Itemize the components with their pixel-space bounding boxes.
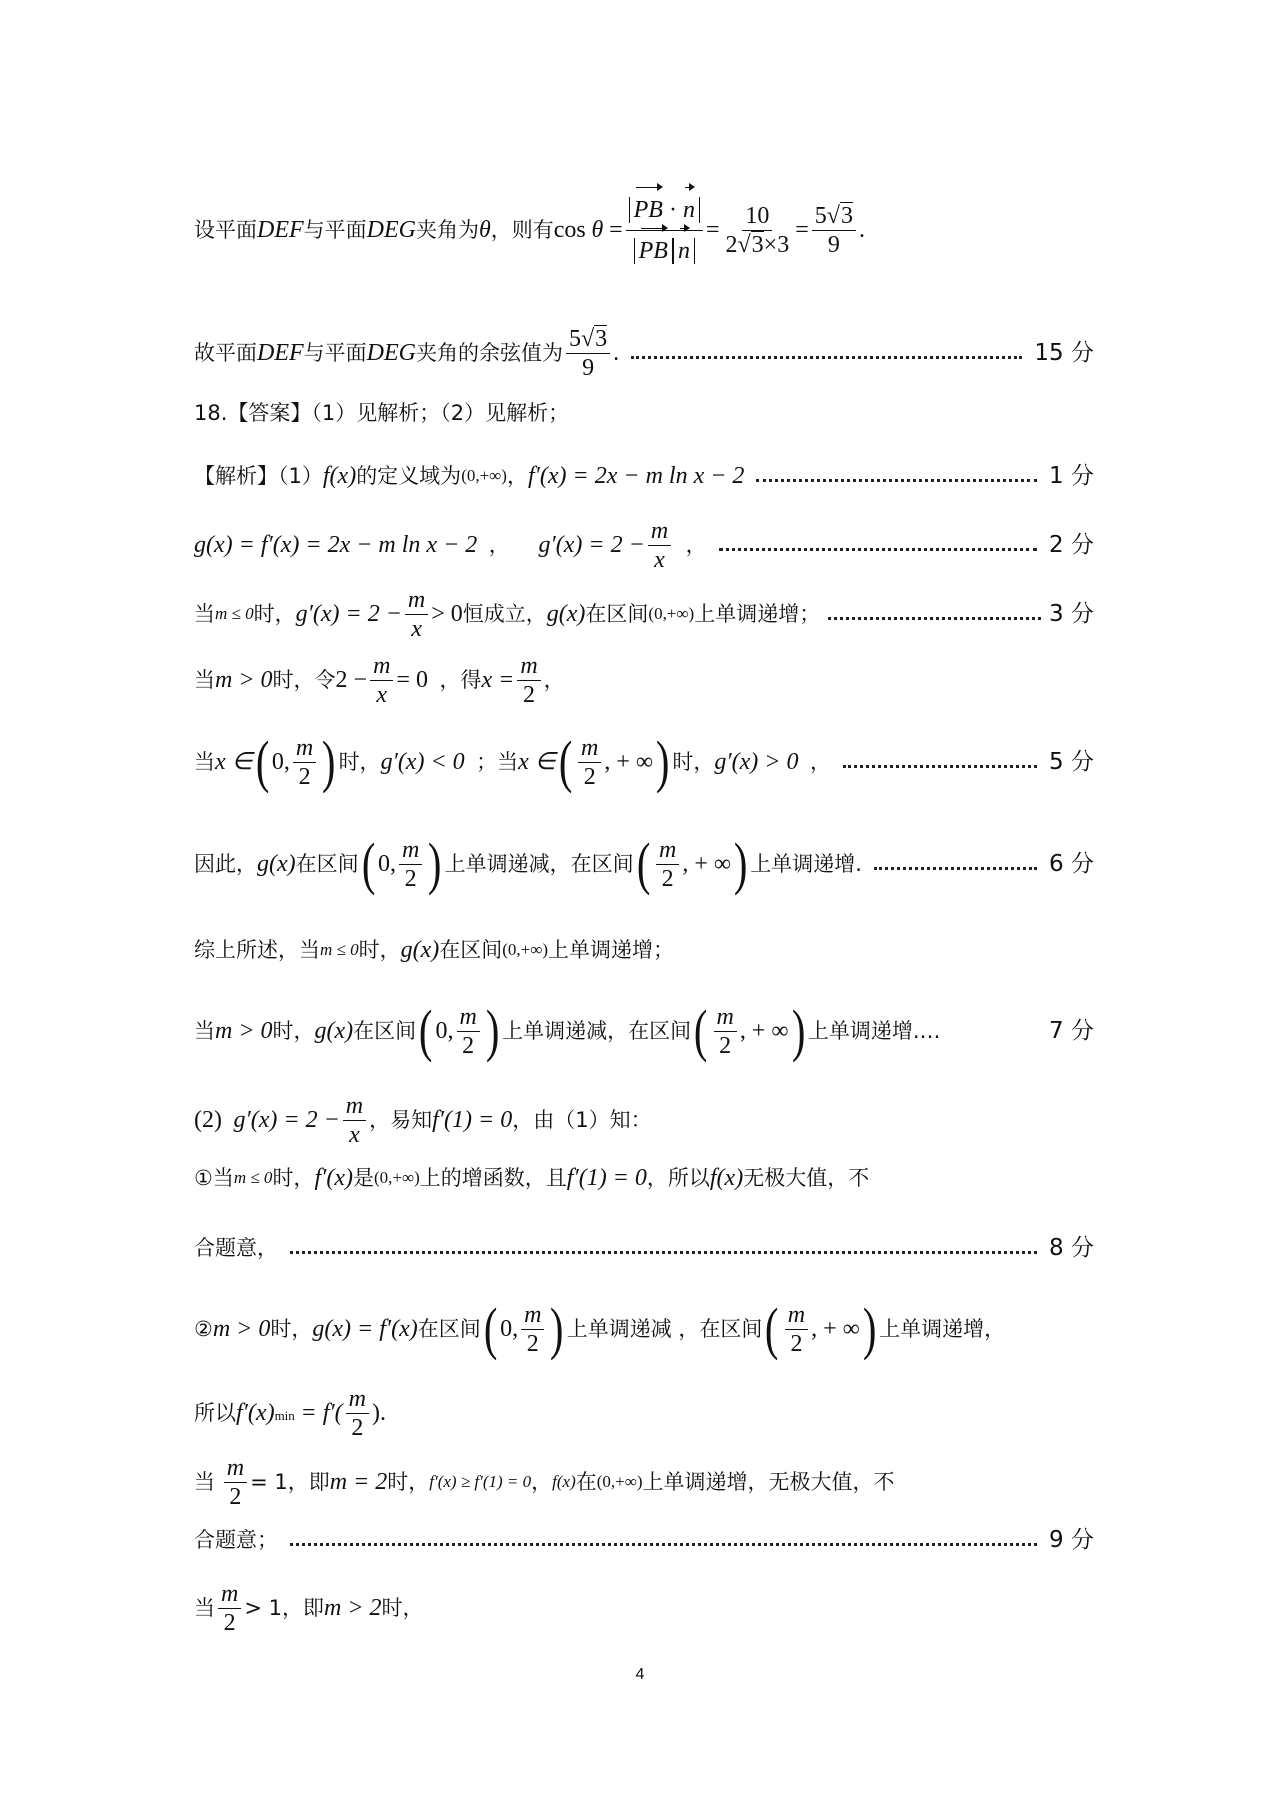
denominator: 2	[348, 1414, 366, 1442]
text: 时，	[382, 1593, 424, 1623]
text: ，	[531, 1467, 552, 1497]
fraction-m-2: m2	[521, 1301, 544, 1358]
numerator: m	[399, 836, 422, 865]
num: 5	[569, 326, 581, 352]
denominator: 2	[659, 865, 677, 893]
text: 时，	[339, 747, 381, 777]
math: f′(x) = 2x − m ln x − 2	[528, 461, 744, 491]
text: 合题意；	[194, 1525, 278, 1555]
line-case1: ①当 m ≤ 0 时， f′(x) 是 (0,+∞) 上的增函数，且 f′(1)…	[194, 1163, 1094, 1193]
numerator: 5√3	[812, 202, 856, 231]
equals: =	[609, 215, 623, 245]
math: m ≤ 0	[215, 599, 254, 629]
text: ，由（1）知：	[512, 1105, 651, 1135]
math: m ≤ 0	[234, 1163, 273, 1193]
text: 时，	[359, 935, 401, 965]
math: g(x)	[401, 935, 440, 965]
text: 上单调递增；	[694, 599, 820, 629]
score-3: 3 分	[1049, 599, 1094, 629]
text: 综上所述，当	[194, 935, 320, 965]
line-therefore-monotonic: 因此， g(x) 在区间 (0,m2) 上单调递减，在区间 (m2, + ∞) …	[194, 829, 1094, 899]
theta: θ	[592, 215, 604, 245]
cos: cos	[554, 215, 586, 245]
math: = f′(	[301, 1398, 343, 1428]
numerator: m	[785, 1301, 808, 1330]
math: g(x) = f′(x)	[312, 1314, 417, 1344]
math: f′(x) ≥ f′(1) = 0	[429, 1467, 531, 1497]
line-sign-of-gprime: 当 x ∈ (0,m2) 时， g′(x) < 0 ；当 x ∈ (m2, + …	[194, 727, 1094, 797]
line-case-m-le-0: 当 m ≤ 0 时， g′(x) = 2 − mx > 0 恒成立， g(x) …	[194, 584, 1094, 644]
numerator: m	[346, 1385, 369, 1414]
part-label: (2)	[194, 1105, 222, 1135]
math: f′(x)	[314, 1163, 353, 1193]
math: (0,+∞)	[648, 599, 694, 629]
leader-dots	[719, 548, 1037, 551]
fraction-result: 5√3 9	[812, 202, 856, 259]
math: f(x)	[323, 461, 356, 491]
math: 0,	[272, 747, 290, 777]
math: g(x)	[315, 1016, 354, 1046]
math: g(x)	[547, 599, 586, 629]
answer-heading: 18.【答案】（1）见解析；（2）见解析；	[194, 398, 569, 428]
text: 所以	[194, 1398, 236, 1428]
numerator: 5√3	[566, 325, 610, 354]
math: x =	[481, 665, 514, 695]
numerator: m	[656, 836, 679, 865]
text: 合题意，	[194, 1233, 278, 1263]
math: 0,	[378, 849, 396, 879]
math: (0,+∞)	[597, 1467, 643, 1497]
vec-pb: PB	[639, 231, 668, 271]
fraction-m-x: mx	[370, 652, 393, 709]
text: ，	[686, 530, 707, 560]
text: ②	[194, 1314, 213, 1344]
math: , + ∞	[740, 1016, 789, 1046]
denominator: 2	[226, 1483, 244, 1511]
math: m > 2	[324, 1593, 382, 1623]
fraction-m-2: m2	[457, 1003, 480, 1060]
dot: ·	[669, 197, 677, 223]
plane-deg: DEG	[367, 215, 416, 245]
score-7: 7 分	[1049, 1016, 1094, 1046]
fraction-m-2: m2	[785, 1301, 808, 1358]
math: f(x)	[552, 1467, 576, 1497]
text: 时，	[273, 1016, 315, 1046]
denominator: 2	[520, 681, 538, 709]
math: , + ∞	[682, 849, 731, 879]
fraction-m-2: m2	[293, 734, 316, 791]
numerator: m	[218, 1580, 241, 1609]
period: .	[859, 215, 865, 245]
text: 上单调递增，无极大值，不	[643, 1467, 895, 1497]
text: 上单调递增，	[879, 1314, 1005, 1344]
math: g′(x) = 2 −	[296, 599, 402, 629]
text: 与平面	[304, 338, 367, 368]
text: 上的增函数，且	[420, 1163, 567, 1193]
line-summary-2: 当 m > 0 时， g(x) 在区间 (0,m2) 上单调递减，在区间 (m2…	[194, 996, 1094, 1066]
text: 上单调递增；	[548, 935, 674, 965]
fraction-m-2: m2	[346, 1385, 369, 1442]
denominator: x	[408, 615, 425, 643]
math: g′(x) = 2 −	[539, 530, 645, 560]
text: 因此，	[194, 849, 257, 879]
text: 在	[576, 1467, 597, 1497]
line-summary-1: 综上所述，当 m ≤ 0 时， g(x) 在区间 (0,+∞) 上单调递增；	[194, 935, 1094, 965]
line-domain: 【解析】（1） f(x) 的定义域为 (0,+∞) ， f′(x) = 2x −…	[194, 461, 1094, 491]
equals: =	[706, 215, 720, 245]
math: m > 0	[215, 665, 273, 695]
numerator: m	[224, 1454, 247, 1483]
fraction-m-2: m2	[224, 1454, 247, 1511]
fraction-m-2: m2	[517, 652, 540, 709]
math: f′(1) = 0	[567, 1163, 647, 1193]
line-case-m-gt-0: 当 m > 0 时，令 2 − mx = 0 ，得 x = m2 ，	[194, 650, 1094, 710]
numerator: m	[343, 1092, 366, 1121]
text: 上单调递增.…	[808, 1016, 941, 1046]
text: 的定义域为	[356, 461, 461, 491]
denominator: x	[651, 546, 668, 574]
math: f(x)	[710, 1163, 743, 1193]
text: 是	[353, 1163, 374, 1193]
math: ).	[372, 1398, 386, 1428]
text: = 1，即	[250, 1467, 330, 1497]
fraction-m-x: mx	[648, 517, 671, 574]
vec-n: n	[678, 231, 690, 271]
math: m > 0	[213, 1314, 271, 1344]
denominator: 2	[402, 865, 420, 893]
leader-dots	[843, 765, 1037, 768]
math: 0,	[436, 1016, 454, 1046]
score-8: 8 分	[1049, 1233, 1094, 1263]
numerator: m	[457, 1003, 480, 1032]
text: 上单调递减，在区间	[502, 1016, 691, 1046]
math: g(x)	[257, 849, 296, 879]
math: x ∈	[215, 747, 253, 777]
text: ，所以	[647, 1163, 710, 1193]
math: = 0	[396, 665, 428, 695]
numerator: m	[521, 1301, 544, 1330]
math: (0,+∞)	[461, 461, 507, 491]
text: 在区间	[418, 1314, 481, 1344]
text: ，	[810, 747, 831, 777]
leader-dots	[828, 617, 1041, 620]
text: 当	[194, 747, 215, 777]
line-m-eq-2-end: 合题意； 9 分	[194, 1525, 1094, 1555]
theta: θ	[479, 215, 491, 245]
text: 上单调递减，在区间	[445, 849, 634, 879]
denominator: 2	[581, 763, 599, 791]
fraction-m-2: m2	[714, 1003, 737, 1060]
denominator: x	[346, 1121, 363, 1149]
leader-dots	[631, 356, 1022, 359]
numerator: m	[517, 652, 540, 681]
line-conclusion-cosine: 故平面 DEF 与平面 DEG 夹角的余弦值为 5√3 9 . 15 分	[194, 318, 1094, 388]
line-cos-theta: 设平面 DEF 与平面 DEG 夹角为 θ ，则有 cos θ = PB · n…	[194, 180, 1094, 280]
numerator: 10	[742, 202, 772, 231]
fraction-cos: PB · n PBn	[626, 190, 703, 271]
plane-def: DEF	[257, 215, 304, 245]
document-page: 设平面 DEF 与平面 DEG 夹角为 θ ，则有 cos θ = PB · n…	[0, 0, 1280, 1809]
fraction-10: 10 2√3×3	[723, 202, 793, 259]
subscript-min: min	[275, 1401, 295, 1431]
line-part2-intro: (2) g′(x) = 2 − mx ，易知 f′(1) = 0 ，由（1）知：	[194, 1090, 1094, 1150]
text: 当	[194, 665, 215, 695]
text: ，	[489, 530, 510, 560]
text: ①当	[194, 1163, 234, 1193]
fraction-m-x: mx	[343, 1092, 366, 1149]
math: g(x) = f′(x) = 2x − m ln x − 2	[194, 530, 477, 560]
text: 当	[194, 1016, 215, 1046]
line-m-eq-2: 当 m2 = 1，即 m = 2 时， f′(x) ≥ f′(1) = 0 ， …	[194, 1452, 1094, 1512]
fraction-m-2: m2	[399, 836, 422, 893]
text: 当	[194, 1467, 215, 1497]
text: ，则有	[491, 215, 554, 245]
num: ×3	[764, 232, 790, 258]
math: , + ∞	[811, 1314, 860, 1344]
score-15: 15 分	[1034, 338, 1094, 368]
math: (0,+∞)	[502, 935, 548, 965]
text: 上单调递增.	[750, 849, 862, 879]
num: 3	[840, 202, 853, 229]
math: g′(x) > 0	[714, 747, 798, 777]
denominator: 2	[221, 1609, 239, 1637]
text: 故平面	[194, 338, 257, 368]
text: 恒成立，	[463, 599, 547, 629]
text: 时，	[672, 747, 714, 777]
text: 上单调递减 ，在区间	[567, 1314, 763, 1344]
fraction-m-2: m2	[218, 1580, 241, 1637]
num: 3	[751, 231, 764, 258]
denominator: 2	[524, 1330, 542, 1358]
denominator: 2	[716, 1032, 734, 1060]
math: 0,	[500, 1314, 518, 1344]
text: 【解析】（1）	[194, 461, 323, 491]
text: > 1，即	[244, 1593, 324, 1623]
denominator: 9	[579, 354, 597, 382]
score-6: 6 分	[1049, 849, 1094, 879]
math: , + ∞	[604, 747, 653, 777]
page-number: 4	[0, 1666, 1280, 1684]
score-5: 5 分	[1049, 747, 1094, 777]
text: ，得	[439, 665, 481, 695]
text: ；当	[476, 747, 518, 777]
period: .	[613, 338, 619, 368]
text: 在区间	[296, 849, 359, 879]
vec-pb: PB	[634, 190, 663, 230]
math: f′(x)	[236, 1398, 275, 1428]
line-m-gt-2: 当 m2 > 1，即 m > 2 时，	[194, 1578, 1094, 1638]
text: 无极大值，不	[743, 1163, 869, 1193]
numerator: m	[578, 734, 601, 763]
text: ，易知	[369, 1105, 432, 1135]
numerator: m	[648, 517, 671, 546]
math: 2 −	[336, 665, 368, 695]
fraction-m-2: m2	[656, 836, 679, 893]
math: x ∈	[518, 747, 556, 777]
math: > 0	[431, 599, 463, 629]
math: (0,+∞)	[374, 1163, 420, 1193]
text: ，	[544, 665, 565, 695]
text: 当	[194, 1593, 215, 1623]
leader-dots	[290, 1251, 1037, 1254]
text: 与平面	[304, 215, 367, 245]
line-case1-end: 合题意， 8 分	[194, 1233, 1094, 1263]
num: 5	[815, 203, 827, 229]
equals: =	[795, 215, 809, 245]
numerator: m	[293, 734, 316, 763]
math: m ≤ 0	[320, 935, 359, 965]
fraction-m-x: mx	[405, 586, 428, 643]
denominator: 2	[787, 1330, 805, 1358]
text: ，	[507, 461, 528, 491]
fraction-result: 5√3 9	[566, 325, 610, 382]
score-9: 9 分	[1049, 1525, 1094, 1555]
numerator: m	[714, 1003, 737, 1032]
line-g-def: g(x) = f′(x) = 2x − m ln x − 2 ， g′(x) =…	[194, 515, 1094, 575]
text: 夹角为	[416, 215, 479, 245]
numerator: m	[370, 652, 393, 681]
text: 时，令	[273, 665, 336, 695]
math: m = 2	[330, 1467, 388, 1497]
denominator: 2√3×3	[723, 231, 793, 259]
text: 在区间	[439, 935, 502, 965]
fraction-m-2: m2	[578, 734, 601, 791]
line-case2: ② m > 0 时， g(x) = f′(x) 在区间 (0,m2) 上单调递减…	[194, 1294, 1094, 1364]
text: 时，	[270, 1314, 312, 1344]
denominator: 2	[296, 763, 314, 791]
denominator: 9	[825, 231, 843, 259]
text: 在区间	[353, 1016, 416, 1046]
text: 夹角的余弦值为	[416, 338, 563, 368]
text: 当	[194, 599, 215, 629]
num: 2	[726, 232, 738, 258]
math: m > 0	[215, 1016, 273, 1046]
text: 在区间	[585, 599, 648, 629]
score-2: 2 分	[1049, 530, 1094, 560]
num: 3	[594, 325, 607, 352]
text: 时，	[254, 599, 296, 629]
plane-def: DEF	[257, 338, 304, 368]
line-q18-answer: 18.【答案】（1）见解析；（2）见解析；	[194, 398, 1094, 428]
numerator: m	[405, 586, 428, 615]
text: 时，	[272, 1163, 314, 1193]
line-min-value: 所以 f′(x)min = f′(m2).	[194, 1383, 1094, 1443]
math: g′(x) < 0	[381, 747, 465, 777]
denominator: x	[373, 681, 390, 709]
plane-deg: DEG	[367, 338, 416, 368]
leader-dots	[874, 867, 1037, 870]
leader-dots	[756, 479, 1037, 482]
math: f′(1) = 0	[432, 1105, 512, 1135]
text: 设平面	[194, 215, 257, 245]
math: g′(x) = 2 −	[233, 1105, 339, 1135]
leader-dots	[290, 1543, 1037, 1546]
text: 时，	[387, 1467, 429, 1497]
denominator: 2	[459, 1032, 477, 1060]
score-1: 1 分	[1049, 461, 1094, 491]
